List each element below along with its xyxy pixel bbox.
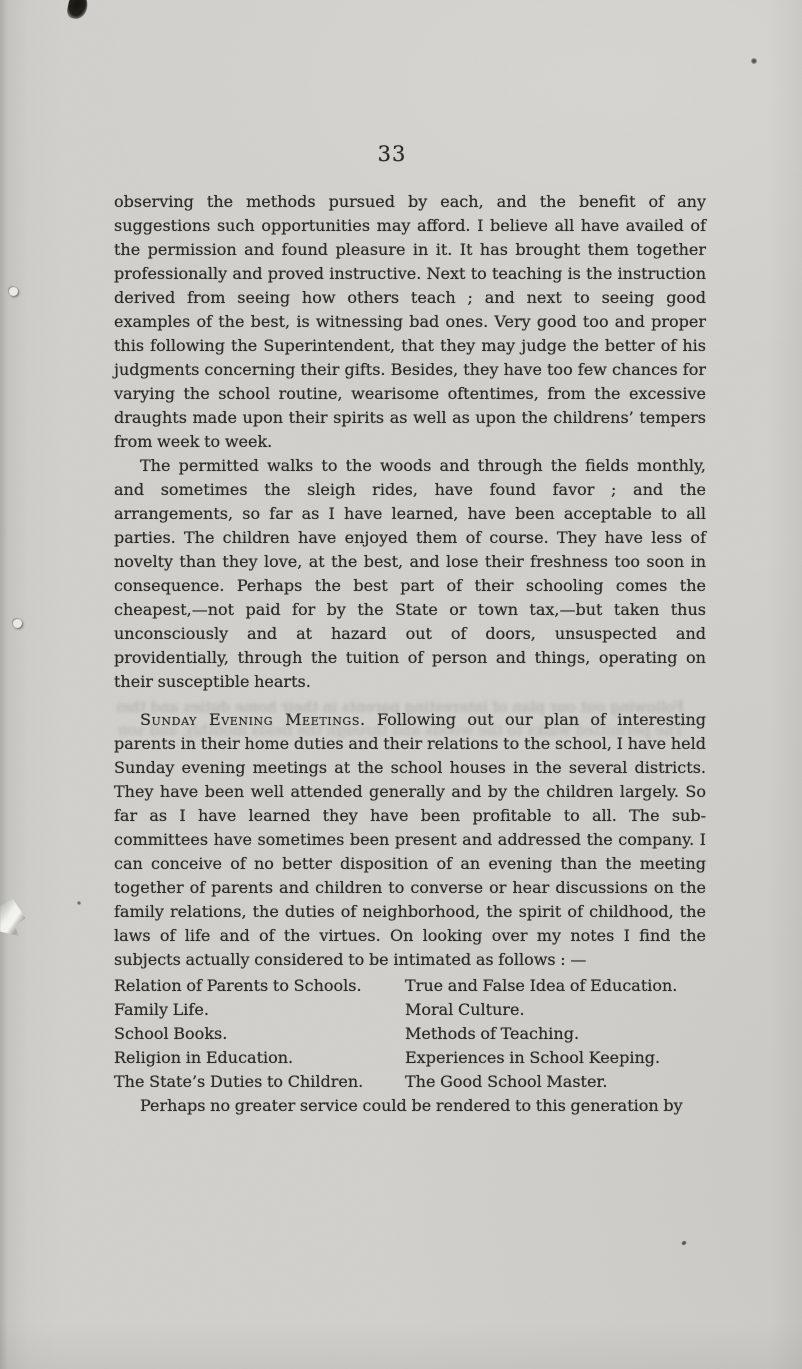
topics-row: School Books. Methods of Teaching. bbox=[114, 1022, 706, 1046]
closing-line: Perhaps no greater service could be rend… bbox=[114, 1094, 706, 1118]
paper-speck bbox=[751, 58, 757, 64]
topic-item: Moral Culture. bbox=[405, 998, 706, 1022]
text-block: 33 observing the methods pursued by each… bbox=[114, 142, 706, 1118]
paper-crease bbox=[0, 899, 27, 936]
topic-item: Experiences in School Keeping. bbox=[405, 1046, 706, 1070]
binding-pinhole bbox=[9, 287, 18, 296]
scanned-book-page: Following out our plan of interesting pa… bbox=[0, 0, 802, 1369]
paper-speck bbox=[680, 1240, 687, 1247]
ink-blot bbox=[66, 0, 90, 21]
topics-row: Relation of Parents to Schools. True and… bbox=[114, 974, 706, 998]
topic-item: True and False Idea of Education. bbox=[405, 974, 706, 998]
topic-item: Relation of Parents to Schools. bbox=[114, 974, 405, 998]
topic-item: Family Life. bbox=[114, 998, 405, 1022]
page-number: 33 bbox=[114, 142, 670, 166]
paragraph-permitted-walks: The permitted walks to the woods and thr… bbox=[114, 454, 706, 694]
topic-item: The Good School Master. bbox=[405, 1070, 706, 1094]
topics-list: Relation of Parents to Schools. True and… bbox=[114, 974, 706, 1094]
topics-row: Religion in Education. Experiences in Sc… bbox=[114, 1046, 706, 1070]
binding-pinhole bbox=[13, 619, 22, 628]
topic-item: School Books. bbox=[114, 1022, 405, 1046]
topics-row: The State’s Duties to Children. The Good… bbox=[114, 1070, 706, 1094]
paper-speck bbox=[77, 901, 81, 905]
topic-item: Methods of Teaching. bbox=[405, 1022, 706, 1046]
paragraph-continuation: observing the methods pursued by each, a… bbox=[114, 190, 706, 454]
section-heading: Sunday Evening Meetings. bbox=[140, 710, 366, 729]
section-body-text: Following out our plan of interesting pa… bbox=[114, 710, 706, 969]
paragraph-sunday-evening-meetings: Sunday Evening Meetings. Following out o… bbox=[114, 708, 706, 972]
topic-item: The State’s Duties to Children. bbox=[114, 1070, 405, 1094]
topics-row: Family Life. Moral Culture. bbox=[114, 998, 706, 1022]
topic-item: Religion in Education. bbox=[114, 1046, 405, 1070]
